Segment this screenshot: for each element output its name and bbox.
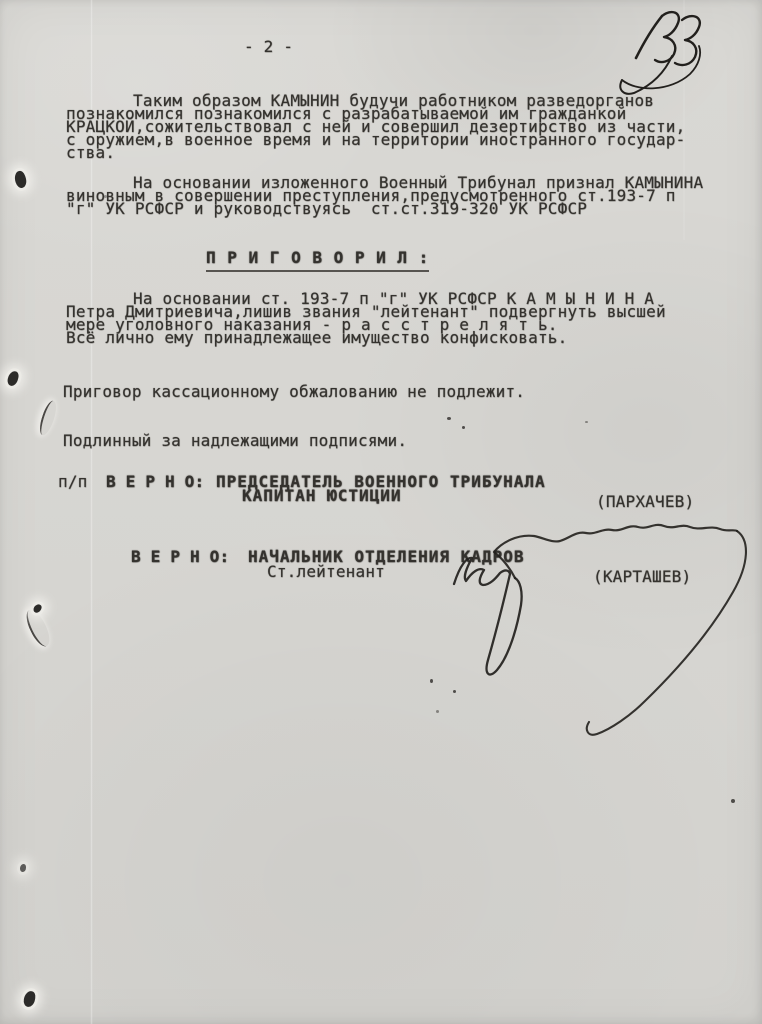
document-page: - 2 - Таким образом КАМЫНИН будучи работ… <box>0 0 762 1024</box>
original-signed-line: Подлинный за надлежащими подписями. <box>63 433 407 449</box>
cert1-name: (ПАРХАЧЕВ) <box>596 494 694 510</box>
page-number: - 2 - <box>244 39 293 55</box>
ink-speck <box>462 426 465 429</box>
body-line: "г" УК РСФСР и руководствуясь ст.ст.319-… <box>66 201 587 217</box>
ink-speck <box>731 799 735 803</box>
verno-label: В Е Р Н О: <box>106 474 204 490</box>
ink-speck <box>104 195 107 198</box>
handwritten-signature <box>438 512 762 747</box>
no-appeal-line: Приговор кассационному обжалованию не по… <box>63 384 525 400</box>
body-line: ства. <box>66 145 115 161</box>
body-line: с оружием,в военное время и на территори… <box>66 132 685 148</box>
pp-prefix: п/п <box>58 474 88 490</box>
paper-hole <box>13 170 29 190</box>
cert1-rank: КАПИТАН ЮСТИЦИИ <box>242 488 402 504</box>
cert2-rank: Ст.лейтенант <box>267 564 385 580</box>
verdict-heading: П Р И Г О В О Р И Л : <box>206 250 429 272</box>
paper-tear <box>22 607 54 650</box>
verno-label: В Е Р Н О: <box>131 549 229 565</box>
paper-hole <box>6 370 19 387</box>
paper-hole <box>23 990 37 1008</box>
ink-speck <box>453 690 456 693</box>
ink-speck <box>430 679 433 683</box>
paper-hole <box>20 864 26 872</box>
ink-speck <box>585 421 588 423</box>
ink-speck <box>447 417 451 420</box>
paper-tear <box>37 399 60 437</box>
body-line: Всё лично ему принадлежащее имущество ко… <box>66 330 567 346</box>
ink-speck <box>436 710 439 713</box>
